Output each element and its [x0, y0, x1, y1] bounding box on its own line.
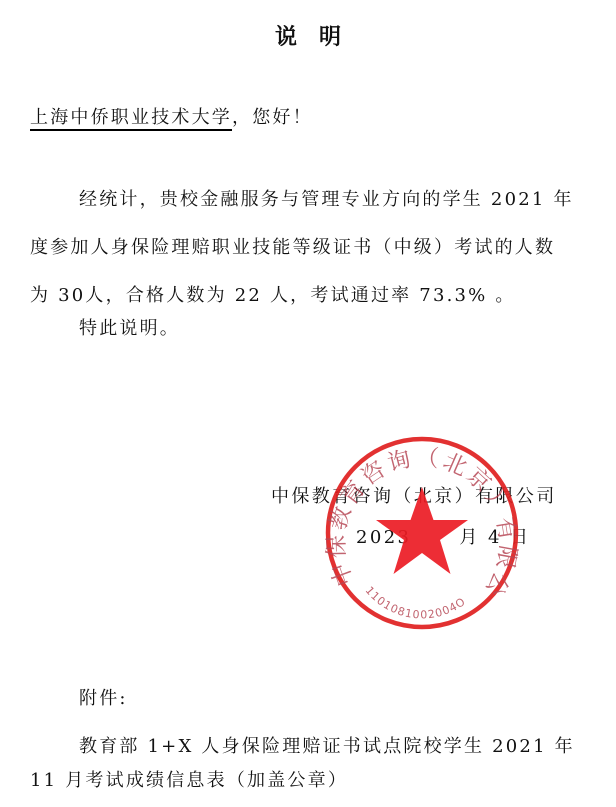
document-page: 说明 上海中侨职业技术大学，您好！ 经统计，贵校金融服务与管理专业方向的学生 2…	[0, 0, 616, 807]
body-line-1: 经统计，贵校金融服务与管理专业方向的学生 2021 年	[79, 189, 574, 211]
date-day-label: 日	[510, 527, 530, 548]
attachment-line-2: 11 月考试成绩信息表（加盖公章）	[30, 770, 348, 792]
document-title: 说明	[0, 20, 616, 51]
body-line-3: 为 30人，合格人数为 22 人，考试通过率 73.3% 。	[30, 285, 516, 307]
date-month-label: 月	[459, 527, 479, 548]
body-closing: 特此说明。	[79, 318, 180, 340]
addressee-school: 上海中侨职业技术大学	[30, 107, 232, 131]
seal-ring-text: 中保教育咨询（北京）有限公司	[324, 435, 520, 603]
seal-serial-number: 1101081002004O	[363, 584, 469, 622]
attachment-label: 附件:	[79, 688, 128, 710]
addressee-line: 上海中侨职业技术大学，您好！	[30, 107, 313, 129]
date-year: 2023	[356, 527, 411, 548]
body-line-2: 度参加人身保险理赔职业技能等级证书（中级）考试的人数	[30, 237, 555, 259]
date-day: 4	[488, 527, 502, 548]
attachment-line-1: 教育部 1+X 人身保险理赔证书试点院校学生 2021 年	[79, 736, 575, 758]
signature-date: 2023月 4 日	[356, 523, 530, 549]
addressee-greeting: ，您好！	[232, 107, 313, 128]
signature-organization: 中保教育咨询（北京）有限公司	[271, 482, 557, 508]
